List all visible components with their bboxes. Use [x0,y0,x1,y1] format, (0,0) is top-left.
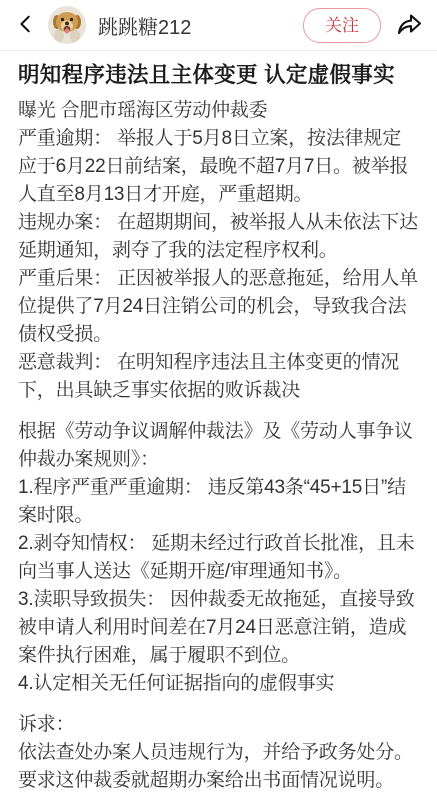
post-paragraph: 恶意裁判： 在明知程序违法且主体变更的情况下，出具缺乏事实依据的败诉裁决 [18,349,419,405]
post-paragraph: 曝光 合肥市瑶海区劳动仲裁委 [18,97,419,125]
post-paragraph: 3.渎职导致损失： 因仲裁委无故拖延，直接导致被申请人利用时间差在7月24日恶意… [18,586,419,670]
post-paragraph: 依法查处办案人员违规行为，并给予政务处分。 [18,739,419,767]
username[interactable]: 跳跳糖212 [98,11,303,40]
post-paragraph: 根据《劳动争议调解仲裁法》及《劳动人事争议仲裁办案规则》： [18,418,419,474]
back-button[interactable] [13,10,39,40]
post-paragraph: 违规办案： 在超期期间，被举报人从未依法下达延期通知，剥夺了我的法定程序权利。 [18,209,419,265]
post-section-demands: 诉求： 依法查处办案人员违规行为，并给予政务处分。 要求这仲裁委就超期办案给出书… [18,711,419,795]
post-paragraph: 1.程序严重严重逾期： 违反第43条“45+15日”结案时限。 [18,474,419,530]
post-section-complaint: 曝光 合肥市瑶海区劳动仲裁委 严重逾期： 举报人于5月8日立案，按法律规定应于6… [18,97,419,405]
post-paragraph: 严重后果： 正因被举报人的恶意拖延，给用人单位提供了7月24日注销公司的机会，导… [18,265,419,349]
top-bar: 跳跳糖212 关注 [0,0,437,51]
avatar[interactable] [48,6,86,44]
post-title: 明知程序违法且主体变更 认定虚假事实 [18,59,419,91]
post-detail-screen: 跳跳糖212 关注 明知程序违法且主体变更 认定虚假事实 曝光 合肥市瑶海区劳动… [0,0,437,800]
post-content: 明知程序违法且主体变更 认定虚假事实 曝光 合肥市瑶海区劳动仲裁委 严重逾期： … [0,51,437,800]
chevron-left-icon [15,13,37,38]
post-paragraph: 2.剥夺知情权： 延期未经过行政首长批准，且未向当事人送达《延期开庭/审理通知书… [18,530,419,586]
share-button[interactable] [394,10,424,40]
post-paragraph: 要求这仲裁委就超期办案给出书面情况说明。 [18,767,419,795]
share-arrow-icon [395,10,423,41]
post-paragraph: 诉求： [18,711,419,739]
post-section-legal-basis: 根据《劳动争议调解仲裁法》及《劳动人事争议仲裁办案规则》： 1.程序严重严重逾期… [18,418,419,698]
dog-avatar-image [48,31,86,44]
post-paragraph: 严重逾期： 举报人于5月8日立案，按法律规定应于6月22日前结案，最晚不超7月7… [18,125,419,209]
follow-button[interactable]: 关注 [303,8,381,43]
post-paragraph: 4.认定相关无任何证据指向的虚假事实 [18,670,419,698]
